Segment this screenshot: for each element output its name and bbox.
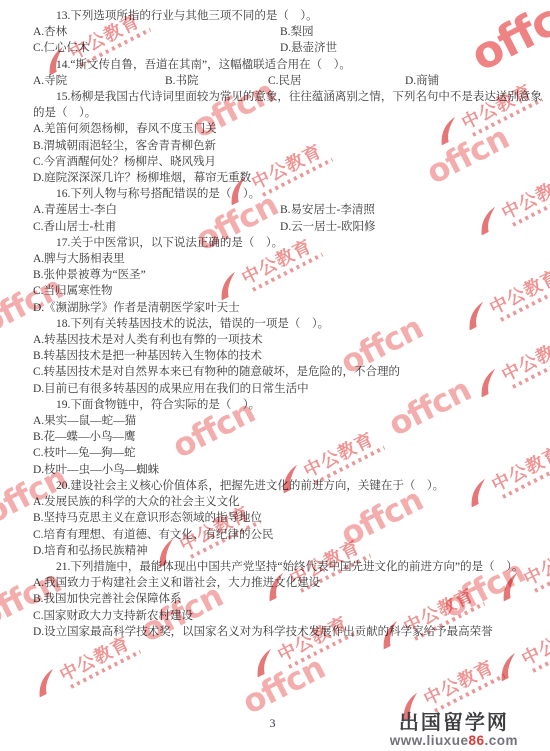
question-20-stem: 20.建设社会主义核心价值体系，把握先进文化的前进方向，关键在于（ ）。 bbox=[33, 478, 543, 494]
question-15-option-d: D.庭院深深深几许？杨柳堆烟，幕帘无重数 bbox=[33, 170, 543, 186]
question-21-options: A.我国致力于构建社会主义和谐社会，大力推进文化建设 B.我国加快完善社会保障体… bbox=[33, 575, 543, 640]
zhonggong-watermark-dots bbox=[70, 650, 141, 689]
question-13-option-d: D.悬壶济世 bbox=[280, 40, 543, 56]
question-19-option-b: B.花—蝶—小鸟—鹰 bbox=[33, 429, 543, 445]
question-13-options: A.杏林 B.梨园 C.仁心仁术 D.悬壶济世 bbox=[33, 24, 543, 56]
question-17: 17.关于中医常识，以下说法正确的是（ ）。 A.脾与大肠相表里 B.张仲景被尊… bbox=[33, 235, 543, 316]
question-19-option-c: C.枝叶—兔—狗—蛇 bbox=[33, 445, 543, 461]
question-17-options: A.脾与大肠相表里 B.张仲景被尊为“医圣” C.当归属寒性物 D.《濒湖脉学》… bbox=[33, 251, 543, 316]
site-badge: 出国留学网 www.liuxue86.com bbox=[390, 713, 518, 748]
question-20-option-d: D.培育和弘扬民族精神 bbox=[33, 543, 543, 559]
question-list: 13.下列选项所指的行业与其他三项不同的是（ ）。 A.杏林 B.梨园 C.仁心… bbox=[0, 0, 550, 640]
question-20-option-b: B.坚持马克思主义在意识形态领域的指导地位 bbox=[33, 510, 543, 526]
question-20-option-a: A.发展民族的科学的大众的社会主义文化 bbox=[33, 494, 543, 510]
site-url-highlight: 86 bbox=[468, 733, 484, 748]
question-18-option-b: B.转基因技术是把一种基因转入生物体的技术 bbox=[33, 348, 543, 364]
question-20-option-c: C.培育有理想、有道德、有文化、有纪律的公民 bbox=[33, 527, 543, 543]
site-url-prefix: www.liuxue bbox=[390, 733, 469, 748]
swoosh-icon bbox=[491, 651, 526, 683]
question-16-option-b: B.易安居士-李清照 bbox=[280, 202, 543, 218]
question-14-option-c: C.民居 bbox=[268, 73, 405, 89]
question-17-stem: 17.关于中医常识，以下说法正确的是（ ）。 bbox=[33, 235, 543, 251]
question-18: 18.下列有关转基因技术的说法，错误的一项是（ ）。 A.转基因技术是对人类有利… bbox=[33, 316, 543, 397]
question-21-option-d: D.设立国家最高科学技术奖，以国家名义对为科学技术发展作出贡献的科学家给予最高荣… bbox=[33, 624, 543, 640]
question-18-options: A.转基因技术是对人类有利也有弊的一项技术 B.转基因技术是把一种基因转入生物体… bbox=[33, 332, 543, 397]
question-20-options: A.发展民族的科学的大众的社会主义文化 B.坚持马克思主义在意识形态领域的指导地… bbox=[33, 494, 543, 559]
question-18-option-d: D.目前已有很多转基因的成果应用在我们的日常生活中 bbox=[33, 381, 543, 397]
site-url-suffix: .com bbox=[484, 733, 518, 748]
question-17-option-c: C.当归属寒性物 bbox=[33, 283, 543, 299]
question-14-option-d: D.商铺 bbox=[405, 73, 543, 89]
question-16: 16.下列人物与称号搭配错误的是（ ）。 A.青莲居士-李白 B.易安居士-李清… bbox=[33, 186, 543, 235]
question-15-options: A.羌笛何须怨杨柳，春风不度玉门关 B.渭城朝雨浥轻尘，客舍青青柳色新 C.今宵… bbox=[33, 121, 543, 186]
question-19: 19.下面食物链中，符合实际的是（ ）。 A.果实—鼠—蛇—猫 B.花—蝶—小鸟… bbox=[33, 397, 543, 478]
question-18-stem: 18.下列有关转基因技术的说法，错误的一项是（ ）。 bbox=[33, 316, 543, 332]
question-15: 15.杨柳是我国古代诗词里面较为常见的意象，往往蕴涵离别之情，下列名句中不是表达… bbox=[33, 89, 543, 186]
question-18-option-a: A.转基因技术是对人类有利也有弊的一项技术 bbox=[33, 332, 543, 348]
question-19-option-a: A.果实—鼠—蛇—猫 bbox=[33, 413, 543, 429]
question-15-option-b: B.渭城朝雨浥轻尘，客舍青青柳色新 bbox=[33, 138, 543, 154]
question-17-option-a: A.脾与大肠相表里 bbox=[33, 251, 543, 267]
question-13-stem: 13.下列选项所指的行业与其他三项不同的是（ ）。 bbox=[33, 8, 543, 24]
question-15-option-a: A.羌笛何须怨杨柳，春风不度玉门关 bbox=[33, 121, 543, 137]
question-14-stem: 14.“斯文传自鲁，吾道在其南”，这幅楹联适合用在（ ）。 bbox=[33, 57, 543, 73]
question-21-option-b: B.我国加快完善社会保障体系 bbox=[33, 591, 543, 607]
question-14: 14.“斯文传自鲁，吾道在其南”，这幅楹联适合用在（ ）。 A.寺院 B.书院 … bbox=[33, 57, 543, 89]
question-14-option-b: B.书院 bbox=[165, 73, 268, 89]
question-13-option-b: B.梨园 bbox=[280, 24, 543, 40]
question-16-option-a: A.青莲居士-李白 bbox=[33, 202, 280, 218]
question-15-stem: 15.杨柳是我国古代诗词里面较为常见的意象，往往蕴涵离别之情，下列名句中不是表达… bbox=[33, 89, 543, 121]
question-21-option-c: C.国家财政大力支持新农村建设 bbox=[33, 608, 543, 624]
zhonggong-watermark-dots bbox=[434, 674, 505, 713]
site-url: www.liuxue86.com bbox=[390, 734, 518, 748]
offcn-watermark: offcn bbox=[236, 648, 330, 721]
question-13: 13.下列选项所指的行业与其他三项不同的是（ ）。 A.杏林 B.梨园 C.仁心… bbox=[33, 8, 543, 57]
question-19-stem: 19.下面食物链中，符合实际的是（ ）。 bbox=[33, 397, 543, 413]
question-16-option-d: D.云一居士-欧阳修 bbox=[280, 219, 543, 235]
question-19-option-d: D.枝叶—虫—小鸟—蜘蛛 bbox=[33, 462, 543, 478]
question-16-stem: 16.下列人物与称号搭配错误的是（ ）。 bbox=[33, 186, 543, 202]
swoosh-icon bbox=[247, 647, 282, 679]
zhonggong-watermark-text: 中公教育 bbox=[419, 653, 499, 711]
question-13-option-a: A.杏林 bbox=[33, 24, 280, 40]
question-21: 21.下列措施中，最能体现出中国共产党坚持“始终代表中国先进文化的前进方向”的是… bbox=[33, 559, 543, 640]
question-16-options: A.青莲居士-李白 B.易安居士-李清照 C.香山居士-杜甫 D.云一居士-欧阳… bbox=[33, 202, 543, 234]
question-15-option-c: C.今宵酒醒何处？杨柳岸、晓风残月 bbox=[33, 154, 543, 170]
question-21-stem: 21.下列措施中，最能体现出中国共产党坚持“始终代表中国先进文化的前进方向”的是… bbox=[33, 559, 543, 575]
zhonggong-watermark: 中公教育 bbox=[28, 629, 134, 700]
question-14-options: A.寺院 B.书院 C.民居 D.商铺 bbox=[33, 73, 543, 89]
question-16-option-c: C.香山居士-杜甫 bbox=[33, 219, 280, 235]
swoosh-icon bbox=[29, 667, 64, 699]
question-14-option-a: A.寺院 bbox=[33, 73, 165, 89]
question-20: 20.建设社会主义核心价值体系，把握先进文化的前进方向，关键在于（ ）。 A.发… bbox=[33, 478, 543, 559]
question-17-option-b: B.张仲景被尊为“医圣” bbox=[33, 267, 543, 283]
site-name: 出国留学网 bbox=[390, 713, 518, 734]
question-21-option-a: A.我国致力于构建社会主义和谐社会，大力推进文化建设 bbox=[33, 575, 543, 591]
question-17-option-d: D.《濒湖脉学》作者是清朝医学家叶天士 bbox=[33, 300, 543, 316]
question-19-options: A.果实—鼠—蛇—猫 B.花—蝶—小鸟—鹰 C.枝叶—兔—狗—蛇 D.枝叶—虫—… bbox=[33, 413, 543, 478]
question-18-option-c: C.转基因技术是对自然界本来已有物种的随意破坏，是危险的，不合理的 bbox=[33, 364, 543, 380]
exam-page: 13.下列选项所指的行业与其他三项不同的是（ ）。 A.杏林 B.梨园 C.仁心… bbox=[0, 0, 550, 751]
question-13-option-c: C.仁心仁术 bbox=[33, 40, 280, 56]
